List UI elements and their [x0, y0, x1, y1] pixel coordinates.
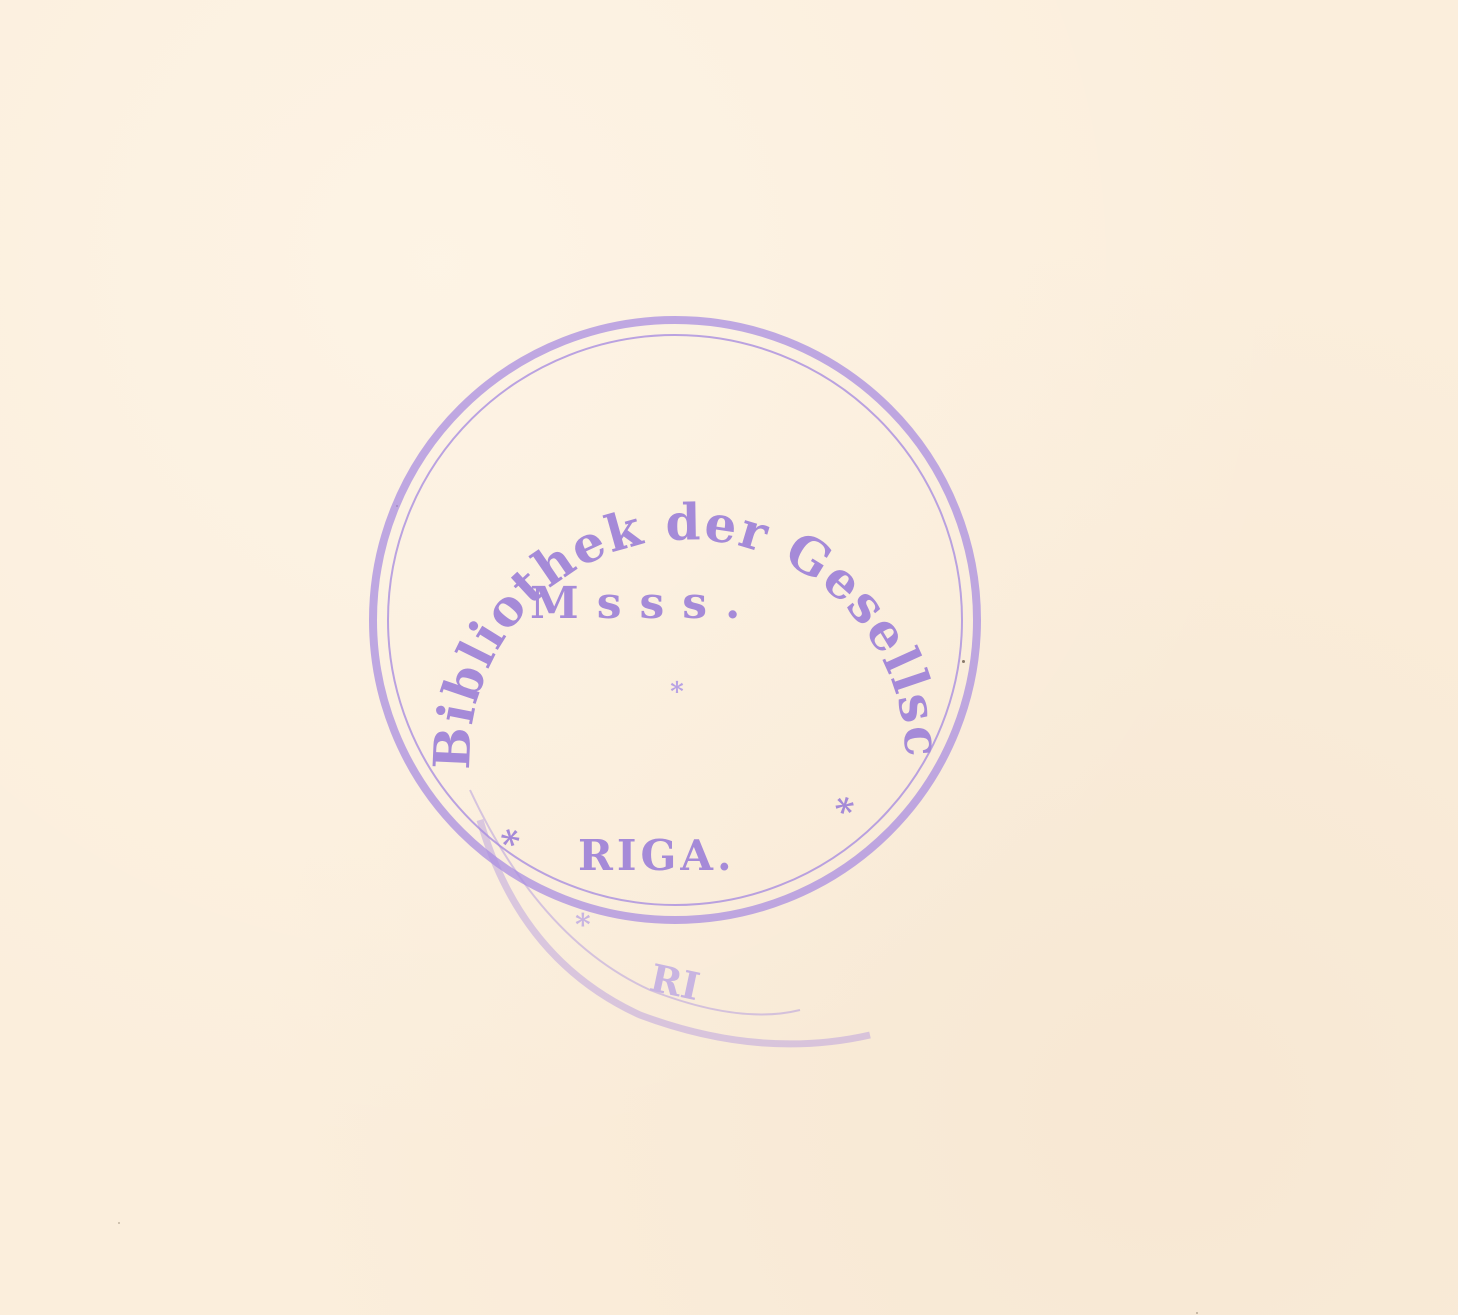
ghost-separator-star: *: [575, 908, 591, 943]
stamp-city: RIGA.: [578, 831, 736, 880]
ghost-stamp-text: RI: [646, 955, 704, 1009]
stamp-small-mark: ∗: [668, 672, 686, 702]
stamp-center-mark: Msss.: [530, 578, 758, 629]
stamp-ring-inscription: Bibliothek der Gesellschaft: [0, 0, 953, 771]
main-stamp-impression: Bibliothek der Gesellschaft Msss. ∗ * RI…: [0, 0, 977, 920]
stamp-separator-right: *: [827, 789, 858, 835]
stamp-separator-left: *: [497, 821, 528, 867]
library-stamp: * RI Bibliothek der Gesellschaft Msss. ∗…: [0, 0, 1458, 1315]
